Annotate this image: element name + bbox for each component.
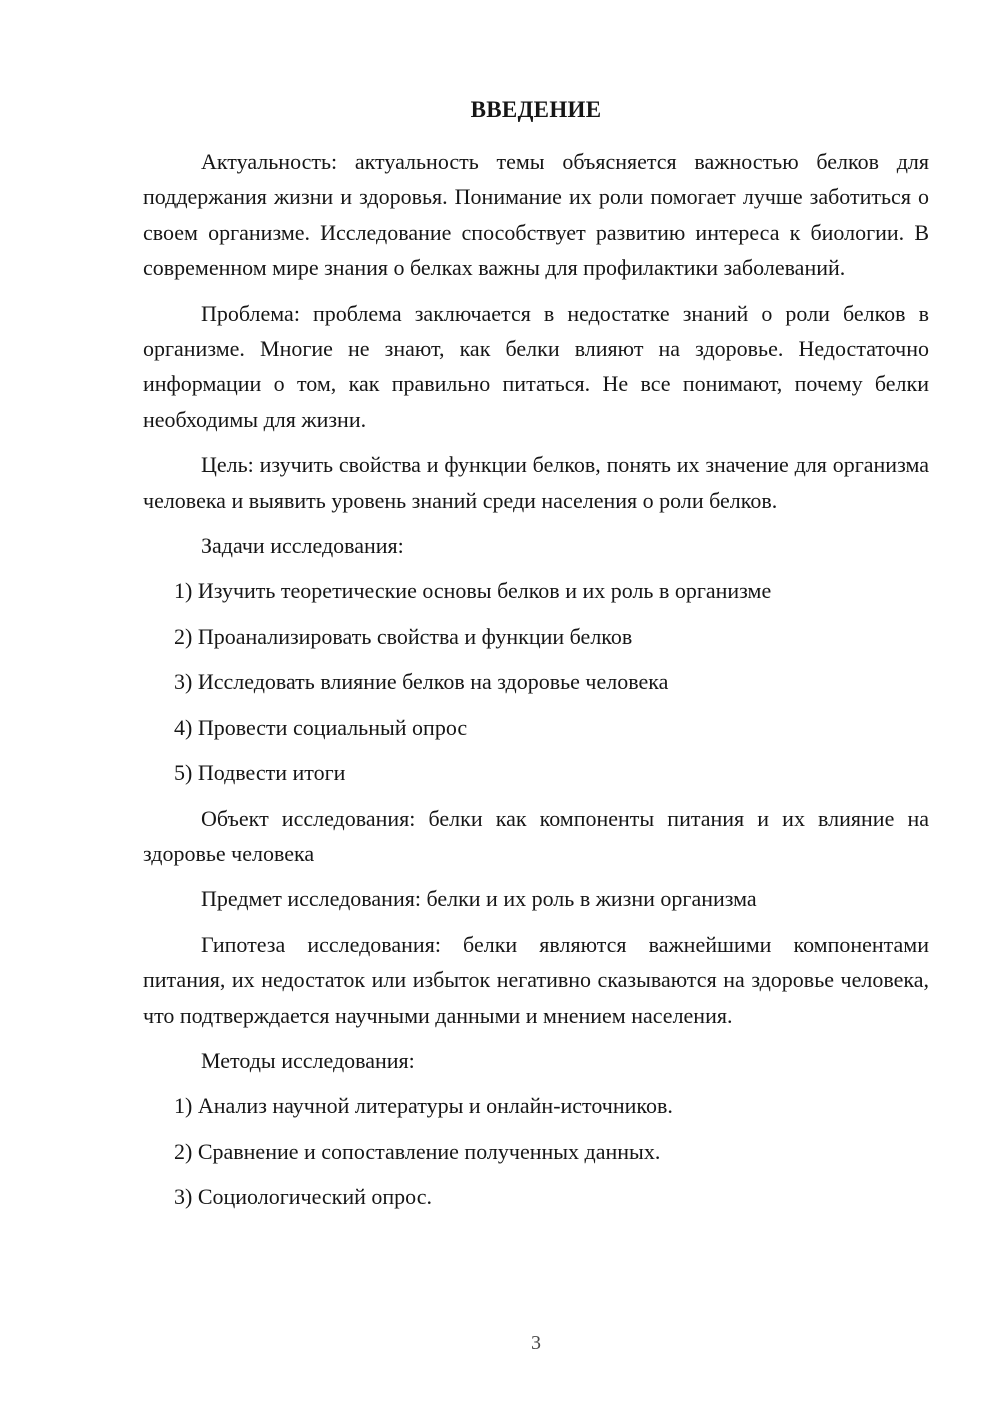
list-item-task-2: 2) Проанализировать свойства и функции б…: [143, 619, 929, 654]
paragraph-zadachi-heading: Задачи исследования:: [143, 528, 929, 563]
list-item-method-2: 2) Сравнение и сопоставление полученных …: [143, 1134, 929, 1169]
list-item-task-3: 3) Исследовать влияние белков на здоровь…: [143, 664, 929, 699]
paragraph-gipoteza: Гипотеза исследования: белки являются ва…: [143, 927, 929, 1033]
list-item-method-1: 1) Анализ научной литературы и онлайн-ис…: [143, 1088, 929, 1123]
list-item-method-3: 3) Социологический опрос.: [143, 1179, 929, 1214]
list-item-task-5: 5) Подвести итоги: [143, 755, 929, 790]
document-page: ВВЕДЕНИЕ Актуальность: актуальность темы…: [0, 0, 1000, 1414]
page-number: 3: [143, 1331, 929, 1355]
paragraph-obekt: Объект исследования: белки как компонент…: [143, 801, 929, 872]
paragraph-aktualnost: Актуальность: актуальность темы объясняе…: [143, 144, 929, 286]
paragraph-metody-heading: Методы исследования:: [143, 1043, 929, 1078]
paragraph-predmet: Предмет исследования: белки и их роль в …: [143, 881, 929, 916]
page-title: ВВЕДЕНИЕ: [143, 92, 929, 127]
paragraph-tsel: Цель: изучить свойства и функции белков,…: [143, 447, 929, 518]
list-item-task-4: 4) Провести социальный опрос: [143, 710, 929, 745]
list-item-task-1: 1) Изучить теоретические основы белков и…: [143, 573, 929, 608]
document-content: ВВЕДЕНИЕ Актуальность: актуальность темы…: [143, 92, 929, 1225]
paragraph-problema: Проблема: проблема заключается в недоста…: [143, 296, 929, 438]
